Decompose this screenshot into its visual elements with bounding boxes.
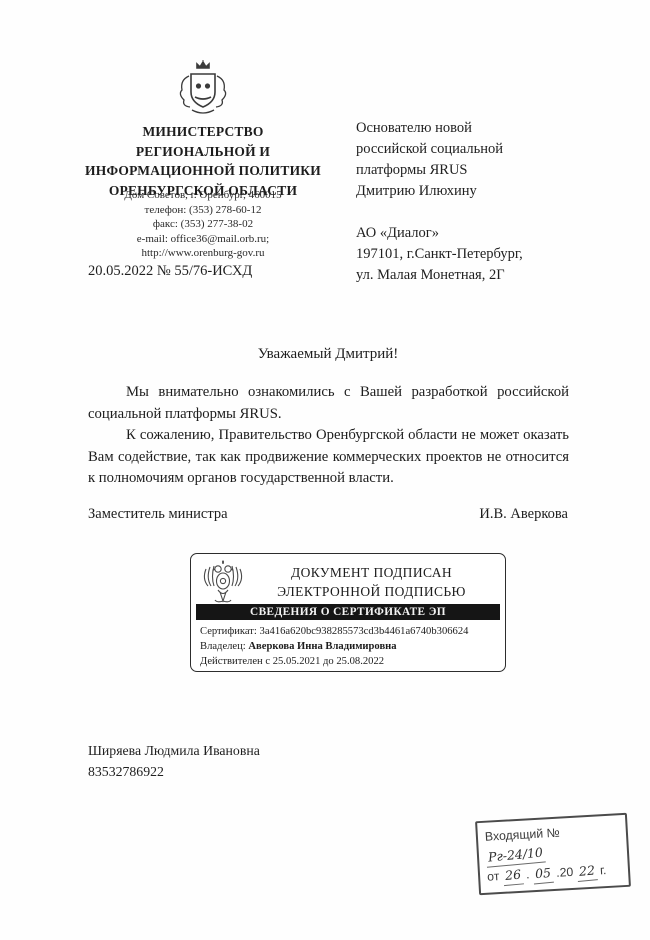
year-prefix: .20 xyxy=(556,865,574,880)
ministry-line: ИНФОРМАЦИОННОЙ ПОЛИТИКИ xyxy=(58,161,348,181)
recipient-gap xyxy=(356,202,586,223)
esignature-header: ДОКУМЕНТ ПОДПИСАН ЭЛЕКТРОННОЙ ПОДПИСЬЮ xyxy=(191,554,505,602)
signer-position: Заместитель министра xyxy=(88,506,228,523)
recipient-line: Дмитрию Илюхину xyxy=(356,181,586,202)
incoming-month-handwritten: 05 xyxy=(532,863,554,885)
incoming-day-handwritten: 26 xyxy=(502,864,524,886)
certificate-value: 3a416a620bc938285573cd3b4461a6740b306624 xyxy=(260,626,469,637)
scanned-letter-page: МИНИСТЕРСТВО РЕГИОНАЛЬНОЙ И ИНФОРМАЦИОНН… xyxy=(0,0,650,940)
ministry-line: МИНИСТЕРСТВО xyxy=(58,122,348,142)
esignature-title-line1: ДОКУМЕНТ ПОДПИСАН xyxy=(246,564,497,583)
paragraph-1: Мы внимательно ознакомились с Вашей разр… xyxy=(88,382,569,425)
certificate-number-line: Сертификат: 3a416a620bc938285573cd3b4461… xyxy=(200,624,496,639)
address-website: http://www.orenburg-gov.ru xyxy=(58,246,348,261)
letter-body: Мы внимательно ознакомились с Вашей разр… xyxy=(88,382,569,490)
incoming-registration-stamp: Входящий № Рг-24/10 от 26 . 05 .20 22 г. xyxy=(475,813,631,895)
executor-name: Ширяева Людмила Ивановна xyxy=(88,741,260,762)
recipient-line: платформы ЯRUS xyxy=(356,160,586,181)
ministry-address: Дом Советов, г. Оренбург, 460015 телефон… xyxy=(58,188,348,261)
outgoing-ref-line: 20.05.2022 № 55/76-ИСХД xyxy=(88,263,252,280)
esignature-title-line2: ЭЛЕКТРОННОЙ ПОДПИСЬЮ xyxy=(246,583,497,602)
esignature-stamp: ДОКУМЕНТ ПОДПИСАН ЭЛЕКТРОННОЙ ПОДПИСЬЮ С… xyxy=(190,553,506,672)
ministry-line: РЕГИОНАЛЬНОЙ И xyxy=(58,142,348,162)
certificate-label: Сертификат: xyxy=(200,626,257,637)
recipient-line: российской социальной xyxy=(356,139,586,160)
recipient-line: Основателю новой xyxy=(356,118,586,139)
coat-of-arms-icon xyxy=(172,60,234,124)
address-fax: факс: (353) 277-38-02 xyxy=(58,217,348,232)
recipient-street: ул. Малая Монетная, 2Г xyxy=(356,265,586,286)
double-eagle-emblem-icon xyxy=(200,559,246,607)
esignature-title: ДОКУМЕНТ ПОДПИСАН ЭЛЕКТРОННОЙ ПОДПИСЬЮ xyxy=(246,564,497,601)
recipient-block: Основателю новой российской социальной п… xyxy=(356,118,586,286)
owner-name: Аверкова Инна Владимировна xyxy=(248,641,396,652)
address-line: Дом Советов, г. Оренбург, 460015 xyxy=(58,188,348,203)
executor-phone: 83532786922 xyxy=(88,762,260,783)
certificate-validity-line: Действителен с 25.05.2021 до 25.08.2022 xyxy=(200,654,496,669)
certificate-owner-line: Владелец: Аверкова Инна Владимировна xyxy=(200,639,496,654)
paragraph-2: К сожалению, Правительство Оренбургской … xyxy=(88,425,569,490)
incoming-date-label: от xyxy=(487,869,500,884)
signature-row: Заместитель министра И.В. Аверкова xyxy=(88,506,568,523)
incoming-year-handwritten: 22 xyxy=(576,860,598,882)
incoming-number-label: Входящий № xyxy=(485,826,561,844)
address-email: e-mail: office36@mail.orb.ru; xyxy=(58,232,348,247)
recipient-org: АО «Диалог» xyxy=(356,223,586,244)
recipient-city: 197101, г.Санкт-Петербург, xyxy=(356,244,586,265)
owner-label: Владелец: xyxy=(200,641,246,652)
salutation: Уважаемый Дмитрий! xyxy=(88,346,568,363)
incoming-date-suffix: г. xyxy=(600,863,607,877)
signer-name: И.В. Аверкова xyxy=(479,506,568,523)
address-phone: телефон: (353) 278-60-12 xyxy=(58,203,348,218)
date-separator: . xyxy=(526,867,530,881)
certificate-details: Сертификат: 3a416a620bc938285573cd3b4461… xyxy=(191,620,505,669)
executor-contact: Ширяева Людмила Ивановна 83532786922 xyxy=(88,741,260,782)
